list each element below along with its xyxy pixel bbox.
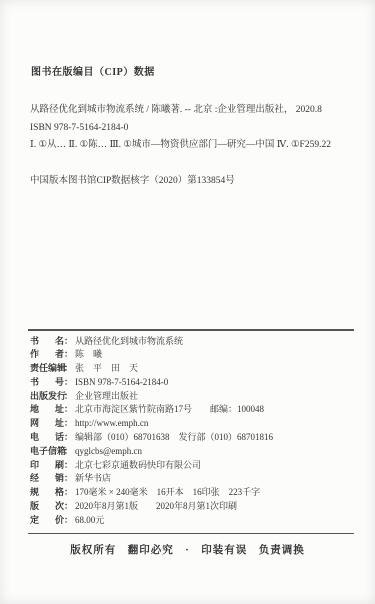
field-separator: ：	[64, 418, 73, 428]
field-label: 电 话	[30, 431, 64, 445]
field-label: 规 格	[30, 486, 64, 500]
table-row: 地 址：北京市海淀区紫竹院南路17号 邮编：100048	[30, 403, 354, 417]
field-value: 张 平 田 天	[75, 363, 138, 373]
field-separator: ：	[64, 432, 73, 442]
publication-rows: 书 名：从路径优化到城市物流系统 作 者：陈 曦 责任编辑：张 平 田 天 书 …	[28, 331, 354, 533]
field-value: 北京七彩京通数码快印有限公司	[75, 460, 201, 470]
field-value: 2020年8月第1版 2020年8月第1次印刷	[75, 501, 237, 511]
field-label: 作 者	[30, 348, 64, 362]
field-value: 68.00元	[75, 515, 104, 525]
field-label: 定 价	[30, 514, 64, 528]
table-row: 网 址：http://www.emph.cn	[30, 417, 354, 431]
field-label: 经 销	[30, 472, 64, 486]
field-label: 书 号	[30, 376, 64, 390]
field-separator: ：	[64, 349, 73, 359]
field-value: ISBN 978-7-5164-2184-0	[75, 377, 168, 387]
field-separator: ：	[64, 473, 73, 483]
table-row: 规 格：170毫米 × 240毫米 16开本 16印张 223千字	[30, 486, 354, 500]
field-separator: ：	[64, 377, 73, 387]
table-row: 责任编辑：张 平 田 天	[30, 362, 354, 376]
field-value: 新华书店	[75, 473, 111, 483]
field-value: 陈 曦	[75, 349, 102, 359]
field-value: qyglcbs@emph.cn	[75, 446, 142, 456]
field-label: 印 刷	[30, 459, 64, 473]
table-row: 定 价：68.00元	[30, 514, 354, 528]
table-row: 电子信箱：qyglcbs@emph.cn	[30, 445, 354, 459]
field-separator: ：	[64, 487, 73, 497]
table-row: 电 话：编辑部（010）68701638 发行部（010）68701816	[30, 431, 354, 445]
cip-description-line: 从路径优化到城市物流系统 / 陈曦著. -- 北京 :企业管理出版社， 2020…	[30, 102, 370, 120]
cip-description-line: Ⅰ. ①从… Ⅱ. ①陈… Ⅲ. ①城市—物资供应部门—研究—中国 Ⅳ. ①F2…	[30, 137, 370, 155]
copyright-notice: 版权所有 翻印必究 · 印装有误 负责调换	[0, 542, 375, 557]
table-row: 书 号：ISBN 978-7-5164-2184-0	[30, 376, 354, 390]
field-value: 企业管理出版社	[75, 391, 138, 401]
field-label: 地 址	[30, 403, 64, 417]
field-value: http://www.emph.cn	[75, 418, 148, 428]
bottom-horizontal-rule	[28, 533, 354, 535]
field-value: 北京市海淀区紫竹院南路17号 邮编：100048	[75, 404, 264, 414]
field-label: 书 名	[30, 335, 64, 349]
cip-description-line: ISBN 978-7-5164-2184-0	[30, 120, 370, 138]
field-label: 电子信箱	[30, 445, 64, 459]
table-row: 印 刷：北京七彩京通数码快印有限公司	[30, 459, 354, 473]
field-separator: ：	[64, 446, 73, 456]
field-label: 出版发行	[30, 390, 64, 404]
field-separator: ：	[64, 460, 73, 470]
field-value: 编辑部（010）68701638 发行部（010）68701816	[75, 432, 273, 442]
field-separator: ：	[64, 363, 73, 373]
field-value: 170毫米 × 240毫米 16开本 16印张 223千字	[75, 487, 260, 497]
page: 图书在版编目（CIP）数据 从路径优化到城市物流系统 / 陈曦著. -- 北京 …	[0, 0, 375, 604]
cip-heading: 图书在版编目（CIP）数据	[31, 63, 155, 78]
field-label: 版 次	[30, 500, 64, 514]
table-row: 版 次：2020年8月第1版 2020年8月第1次印刷	[30, 500, 354, 514]
field-separator: ：	[64, 404, 73, 414]
field-value: 从路径优化到城市物流系统	[75, 336, 183, 346]
field-separator: ：	[64, 515, 73, 525]
cip-description: 从路径优化到城市物流系统 / 陈曦著. -- 北京 :企业管理出版社， 2020…	[30, 102, 370, 155]
table-row: 书 名：从路径优化到城市物流系统	[30, 335, 354, 349]
publication-info-table: 书 名：从路径优化到城市物流系统 作 者：陈 曦 责任编辑：张 平 田 天 书 …	[28, 329, 354, 534]
field-separator: ：	[64, 501, 73, 511]
field-separator: ：	[64, 391, 73, 401]
field-label: 责任编辑	[30, 362, 64, 376]
table-row: 作 者：陈 曦	[30, 348, 354, 362]
cip-record-number: 中国版本图书馆CIP数据核字（2020）第133854号	[30, 172, 235, 186]
table-row: 出版发行：企业管理出版社	[30, 390, 354, 404]
field-separator: ：	[64, 336, 73, 346]
table-row: 经 销：新华书店	[30, 472, 354, 486]
field-label: 网 址	[30, 417, 64, 431]
